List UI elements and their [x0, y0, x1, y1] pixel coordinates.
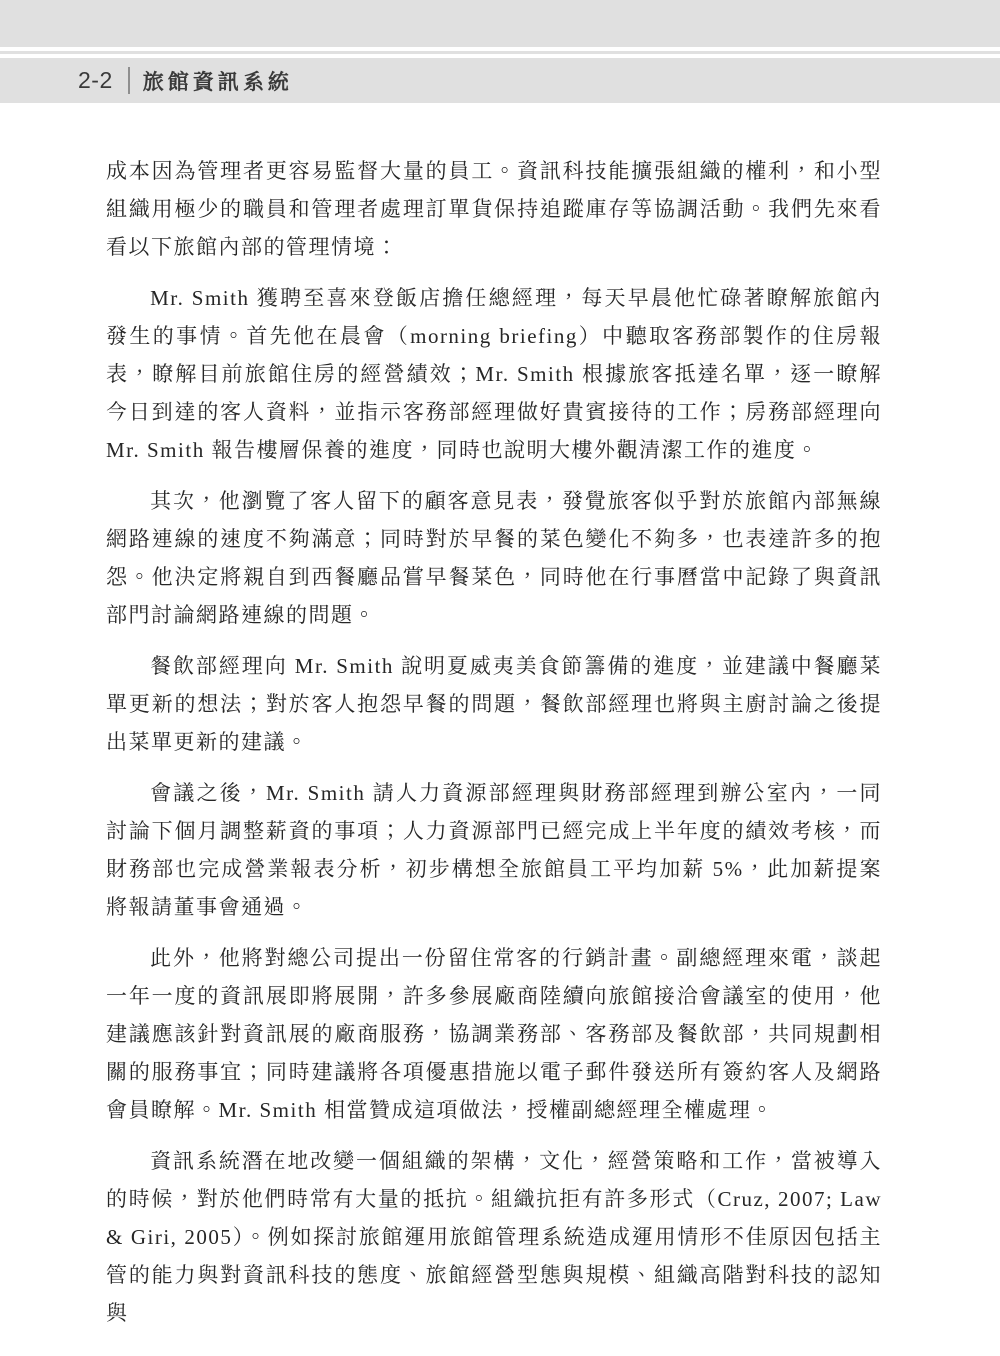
paragraph: 成本因為管理者更容易監督大量的員工。資訊科技能擴張組織的權利，和小型組織用極少的…	[106, 152, 882, 266]
book-title: 旅館資訊系統	[143, 66, 293, 96]
page-number: 2-2	[78, 67, 113, 94]
paragraph: 餐飲部經理向 Mr. Smith 說明夏威夷美食節籌備的進度，並建議中餐廳菜單更…	[106, 647, 882, 761]
paragraph: Mr. Smith 獲聘至喜來登飯店擔任總經理，每天早晨他忙碌著瞭解旅館內發生的…	[106, 279, 882, 469]
paragraph: 此外，他將對總公司提出一份留住常客的行銷計畫。副總經理來電，談起一年一度的資訊展…	[106, 939, 882, 1129]
paragraph: 其次，他瀏覽了客人留下的顧客意見表，發覺旅客似乎對於旅館內部無線網路連線的速度不…	[106, 482, 882, 634]
header-title-band: 2-2 旅館資訊系統	[0, 58, 1000, 103]
paragraph: 會議之後，Mr. Smith 請人力資源部經理與財務部經理到辦公室內，一同討論下…	[106, 774, 882, 926]
running-head: 2-2 旅館資訊系統	[0, 0, 1000, 103]
book-page: 2-2 旅館資訊系統 成本因為管理者更容易監督大量的員工。資訊科技能擴張組織的權…	[0, 0, 1000, 1356]
header-separator-bar	[128, 67, 130, 94]
header-top-band	[0, 0, 1000, 47]
paragraph: 資訊系統潛在地改變一個組織的架構，文化，經營策略和工作，當被導入的時候，對於他們…	[106, 1142, 882, 1332]
page-body: 成本因為管理者更容易監督大量的員工。資訊科技能擴張組織的權利，和小型組織用極少的…	[0, 103, 1000, 1332]
